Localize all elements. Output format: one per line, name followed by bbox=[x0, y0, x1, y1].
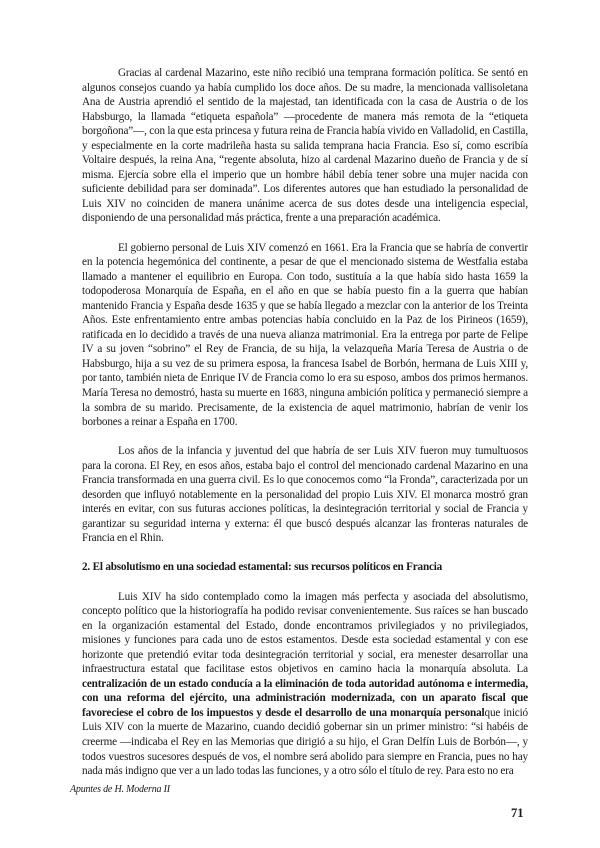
footer-title: Apuntes de H. Moderna II bbox=[70, 784, 170, 795]
paragraph-mazarino-education: Gracias al cardenal Mazarino, este niño … bbox=[82, 66, 528, 226]
page-body: Gracias al cardenal Mazarino, este niño … bbox=[82, 66, 528, 793]
section-heading: 2. El absolutismo en una sociedad estame… bbox=[82, 560, 528, 575]
paragraph-text-start: Luis XIV ha sido contemplado como la ima… bbox=[82, 591, 528, 676]
paragraph-absolutism: Luis XIV ha sido contemplado como la ima… bbox=[82, 590, 528, 779]
paragraph-personal-government: El gobierno personal de Luis XIV comenzó… bbox=[82, 241, 528, 430]
paragraph-bold-emphasis: centralización de un estado conducía a l… bbox=[82, 678, 528, 719]
page-number: 71 bbox=[511, 806, 524, 821]
paragraph-fronda: Los años de la infancia y juventud del q… bbox=[82, 444, 528, 546]
